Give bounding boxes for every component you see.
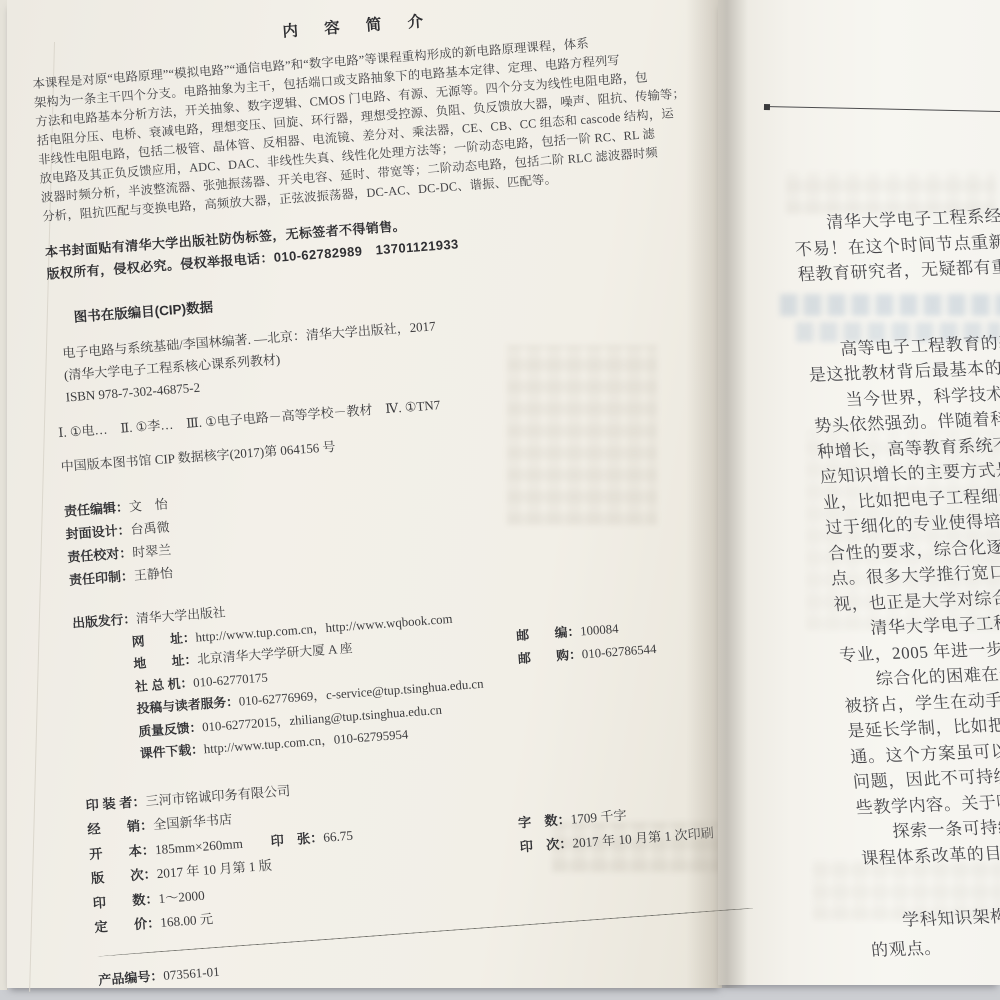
publisher-block: 出版发行：清华大学出版社 网 址：http://www.tup.com.cn，h… [71, 565, 739, 770]
print-value: 全国新华书店 [153, 812, 233, 833]
print-label: 经 销： [87, 817, 154, 837]
pub-label: 课件下载： [139, 741, 204, 761]
staff-value: 王静怡 [133, 565, 173, 583]
pub-value: 010-62770175 [193, 670, 268, 689]
pub-label: 投稿与读者服务： [136, 694, 239, 716]
pub-label: 出版发行： [72, 611, 137, 631]
print-label: 印 张： [270, 829, 324, 848]
print-value: 185mm×260mm [154, 835, 243, 856]
product-value: 073561-01 [163, 963, 220, 982]
pub-label: 邮 编： [516, 624, 581, 644]
print-value: 66.75 [323, 827, 354, 844]
print-label: 开 本： [89, 842, 156, 862]
staff-value: 台禹微 [130, 519, 170, 537]
pub-label: 地 址： [133, 652, 198, 672]
pub-label: 质量反馈： [138, 719, 203, 739]
preface-page: 清华大学电子工程系经过整整 不易！在这个时间节点重新回顾此 程教育研究者，无疑都… [718, 0, 1000, 985]
book-photo: 内 容 简 介 本课程是对原“电路原理”“模拟电路”“通信电路”和“数字电路”等… [0, 0, 1000, 1000]
pub-label: 网 址： [131, 629, 196, 649]
print-value: 1～2000 [158, 887, 205, 905]
staff-value: 时翠兰 [132, 542, 172, 560]
print-label: 印 数： [92, 891, 159, 911]
pub-value: 100084 [580, 622, 619, 639]
staff-credits: 责任编辑：文 怡 封面设计：台禹微 责任校对：时翠兰 责任印制：王静怡 [63, 452, 726, 592]
staff-label: 责任印制： [69, 568, 135, 588]
print-label: 印 装 者： [85, 793, 146, 812]
pub-label: 邮 购： [517, 646, 582, 666]
intro-paragraph: 本课程是对原“电路原理”“模拟电路”“通信电路”和“数字电路”等课程重构形成的新… [32, 27, 699, 227]
print-info-block: 印 装 者：三河市铭诚印务有限公司 经 销：全国新华书店 开 本：185mm×2… [85, 746, 752, 941]
product-label: 产品编号： [98, 967, 164, 987]
print-label: 版 次： [90, 866, 157, 886]
staff-value: 文 怡 [128, 496, 168, 514]
staff-label: 责任校对： [67, 545, 133, 565]
print-mid-pair: 印 张：66.75 [270, 827, 353, 848]
preface-text: 清华大学电子工程系经过整整 不易！在这个时间节点重新回顾此 程教育研究者，无疑都… [748, 0, 1000, 966]
staff-label: 封面设计： [65, 522, 131, 542]
pub-label: 社 总 机： [134, 674, 193, 693]
copyright-page-content: 内 容 简 介 本课程是对原“电路原理”“模拟电路”“通信电路”和“数字电路”等… [29, 0, 755, 988]
preface-line: 学科知识架构是 [867, 895, 1000, 936]
print-label: 印 次： [519, 836, 573, 855]
staff-label: 责任编辑： [63, 499, 129, 519]
print-value: 168.00 元 [160, 911, 214, 930]
pub-value: 010-62786544 [581, 641, 656, 660]
pub-value: 清华大学出版社 [136, 605, 226, 626]
print-value: 1709 千字 [570, 807, 627, 826]
print-label: 字 数： [517, 811, 571, 830]
copyright-page: 内 容 简 介 本课程是对原“电路原理”“模拟电路”“通信电路”和“数字电路”等… [7, 0, 722, 988]
print-label: 定 价： [94, 915, 161, 935]
print-value: 2017 年 10 月第 1 版 [156, 858, 272, 881]
